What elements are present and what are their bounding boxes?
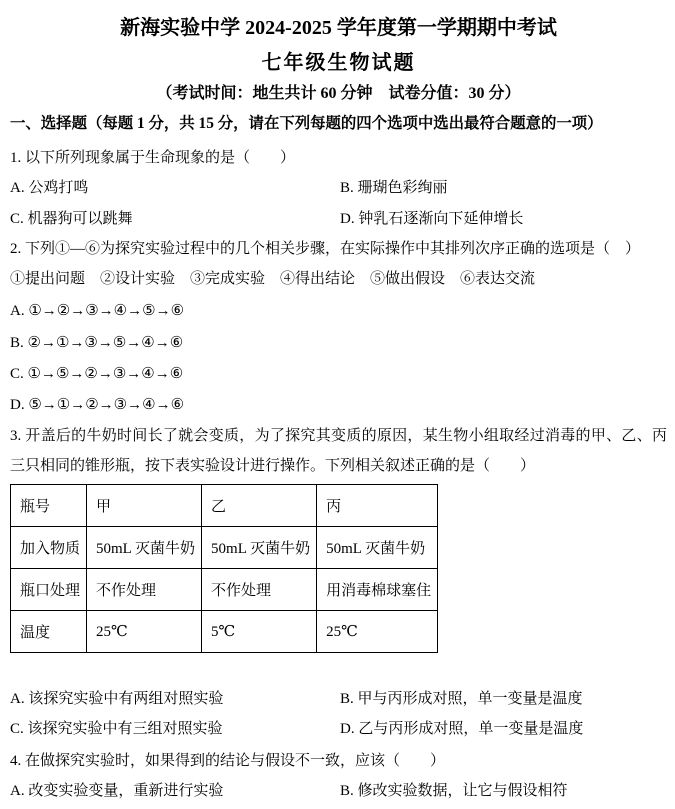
table-cell: 甲 [87,485,202,527]
question-1-option-c: C. 机器狗可以跳舞 [10,204,340,234]
table-cell: 瓶号 [11,485,87,527]
table-cell: 加入物质 [11,527,87,569]
table-cell: 5℃ [202,611,317,653]
table-cell: 丙 [317,485,438,527]
table-cell: 50mL 灭菌牛奶 [202,527,317,569]
question-3-option-c: C. 该探究实验中有三组对照实验 [10,714,340,744]
question-2-option-a: A. ①→②→③→④→⑤→⑥ [10,296,667,327]
question-3-stem: 3. 开盖后的牛奶时间长了就会变质，为了探究其变质的原因，某生物小组取经过消毒的… [10,421,667,481]
exam-title: 新海实验中学 2024-2025 学年度第一学期期中考试 [10,14,667,42]
question-1-option-b: B. 珊瑚色彩绚丽 [340,173,667,203]
question-1-stem: 1. 以下所列现象属于生命现象的是（ ） [10,143,667,173]
table-row-bottle-id: 瓶号 甲 乙 丙 [11,485,438,527]
question-4-stem: 4. 在做探究实验时，如果得到的结论与假设不一致，应该（ ） [10,746,667,776]
question-2-option-b: B. ②→①→③→⑤→④→⑥ [10,328,667,359]
question-4-options-row: A. 改变实验变量，重新进行实验 B. 修改实验数据，让它与假设相符 [10,776,667,806]
table-cell: 瓶口处理 [11,569,87,611]
table-row-temperature: 温度 25℃ 5℃ 25℃ [11,611,438,653]
table-cell: 用消毒棉球塞住 [317,569,438,611]
table-cell: 25℃ [317,611,438,653]
question-2-steps: ①提出问题 ②设计实验 ③完成实验 ④得出结论 ⑤做出假设 ⑥表达交流 [10,264,667,294]
exam-info-line: （考试时间：地生共计 60 分钟 试卷分值：30 分） [10,81,667,107]
question-4-option-a: A. 改变实验变量，重新进行实验 [10,776,340,806]
question-1-option-a: A. 公鸡打鸣 [10,173,340,203]
question-2-option-c: C. ①→⑤→②→③→④→⑥ [10,359,667,390]
table-cell: 不作处理 [87,569,202,611]
table-row-added-substance: 加入物质 50mL 灭菌牛奶 50mL 灭菌牛奶 50mL 灭菌牛奶 [11,527,438,569]
question-3-option-a: A. 该探究实验中有两组对照实验 [10,684,340,714]
question-4-option-b: B. 修改实验数据，让它与假设相符 [340,776,667,806]
question-1-options-row-1: A. 公鸡打鸣 B. 珊瑚色彩绚丽 [10,173,667,203]
question-3-options-row-1: A. 该探究实验中有两组对照实验 B. 甲与丙形成对照，单一变量是温度 [10,684,667,714]
table-cell: 25℃ [87,611,202,653]
section-heading: 一、选择题（每题 1 分，共 15 分，请在下列每题的四个选项中选出最符合题意的… [10,111,667,137]
table-cell: 温度 [11,611,87,653]
question-2-stem: 2. 下列①—⑥为探究实验过程中的几个相关步骤，在实际操作中其排列次序正确的选项… [10,234,667,264]
question-2-option-d: D. ⑤→①→②→③→④→⑥ [10,390,667,421]
table-cell: 不作处理 [202,569,317,611]
question-3-options-row-2: C. 该探究实验中有三组对照实验 D. 乙与丙形成对照，单一变量是温度 [10,714,667,744]
question-1-option-d: D. 钟乳石逐渐向下延伸增长 [340,204,667,234]
table-cell: 乙 [202,485,317,527]
question-3-option-d: D. 乙与丙形成对照，单一变量是温度 [340,714,667,744]
experiment-table: 瓶号 甲 乙 丙 加入物质 50mL 灭菌牛奶 50mL 灭菌牛奶 50mL 灭… [10,484,438,653]
exam-paper-page: 新海实验中学 2024-2025 学年度第一学期期中考试 七年级生物试题 （考试… [0,0,675,809]
exam-subtitle: 七年级生物试题 [10,49,667,77]
table-cell: 50mL 灭菌牛奶 [317,527,438,569]
question-1-options-row-2: C. 机器狗可以跳舞 D. 钟乳石逐渐向下延伸增长 [10,204,667,234]
table-cell: 50mL 灭菌牛奶 [87,527,202,569]
table-row-mouth-treatment: 瓶口处理 不作处理 不作处理 用消毒棉球塞住 [11,569,438,611]
question-3-option-b: B. 甲与丙形成对照，单一变量是温度 [340,684,667,714]
